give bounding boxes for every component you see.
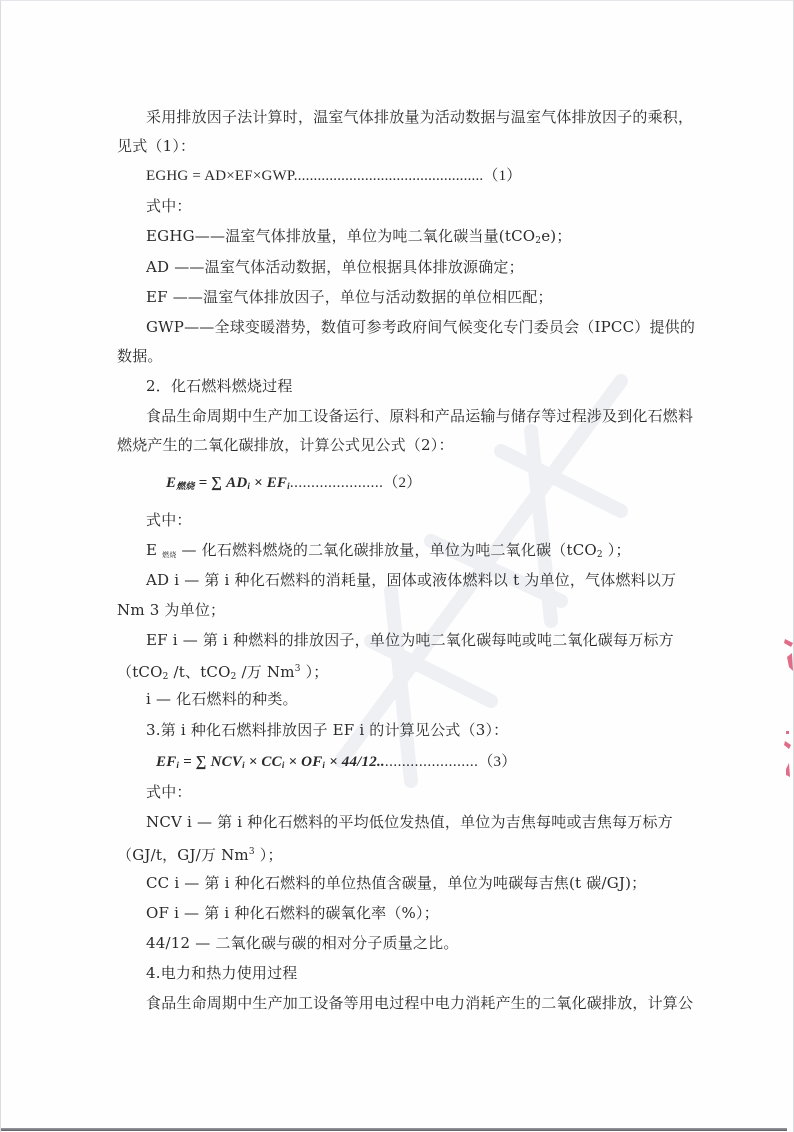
formula-3-number: （3） xyxy=(478,754,516,770)
unit-text: ）； xyxy=(301,663,329,681)
formula-1-number: （1） xyxy=(483,168,521,184)
formula-2: E燃烧 = ∑ ADi × EFi......................（… xyxy=(166,473,421,496)
formula-term: × CC xyxy=(245,754,282,770)
definition-i: i — 化石燃料的种类。 xyxy=(146,689,298,709)
definition-efi: EF i — 第 i 种燃料的排放因子，单位为吨二氧化碳每吨或吨二氧化碳每万标方 xyxy=(146,630,674,650)
paragraph-line: 食品生命周期中生产加工设备运行、原料和产品运输与储存等过程涉及到化石燃料 xyxy=(146,406,693,426)
definition-adi: AD i — 第 i 种化石燃料的消耗量，固体或液体燃料以 t 为单位，气体燃料… xyxy=(146,570,676,590)
where-label: 式中： xyxy=(146,782,192,802)
unit-text: （tCO xyxy=(117,663,163,681)
formula-2-leader: ...................... xyxy=(290,475,384,491)
definition-eghg: EGHG——温室气体排放量，单位为吨二氧化碳当量(tCO2e)； xyxy=(146,226,572,251)
formula-term: = ∑ AD xyxy=(195,475,248,491)
where-label: 式中： xyxy=(146,196,192,216)
paragraph-line: 采用排放因子法计算时，温室气体排放量为活动数据与温室气体排放因子的乘积， xyxy=(146,107,693,127)
definition-ad: AD ——温室气体活动数据，单位根据具体排放源确定； xyxy=(146,257,524,277)
paragraph-line: 食品生命周期中生产加工设备等用电过程中电力消耗产生的二氧化碳排放，计算公 xyxy=(146,993,693,1013)
paragraph-line: 见式（1）： xyxy=(117,136,195,156)
definition-44-12: 44/12 — 二氧化碳与碳的相对分子质量之比。 xyxy=(146,933,459,953)
definition-tail: e)； xyxy=(541,227,571,245)
document-page: 采用排放因子法计算时，温室气体排放量为活动数据与温室气体排放因子的乘积， 见式（… xyxy=(0,0,794,1132)
definition-e-combustion: E 燃烧 — 化石燃料燃烧的二氧化碳排放量，单位为吨二氧化碳（tCO2 ）； xyxy=(146,540,631,565)
formula-1-leader: ........................................… xyxy=(294,168,484,184)
definition-text: — 化石燃料燃烧的二氧化碳排放量，单位为吨二氧化碳（tCO xyxy=(177,541,597,559)
section-3-heading: 3.第 i 种化石燃料排放因子 EF i 的计算见公式（3）： xyxy=(146,720,508,740)
term: EGHG xyxy=(146,227,195,245)
definition-gwp: GWP——全球变暖潜势，数值可参考政府间气候变化专门委员会（IPCC）提供的 xyxy=(146,317,695,337)
definition-gwp-cont: 数据。 xyxy=(117,346,163,366)
definition-efi-cont: （tCO2 /t、tCO2 /万 Nm3 ）； xyxy=(117,659,329,687)
definition-ncv-cont: （GJ/t，GJ/万 Nm3 ）； xyxy=(117,842,283,865)
subscript: 燃烧 xyxy=(162,551,176,559)
formula-term: EF xyxy=(156,754,176,770)
unit-text: （GJ/t，GJ/万 Nm xyxy=(117,846,249,864)
definition-cc: CC i — 第 i 种化石燃料的单位热值含碳量，单位为吨碳每吉焦(t 碳/GJ… xyxy=(146,873,646,893)
page-bottom-edge xyxy=(1,1128,787,1131)
definition-tail: ）； xyxy=(603,541,631,559)
unit-text: /t、tCO xyxy=(169,663,231,681)
formula-term: × 44/12.. xyxy=(325,754,385,770)
formula-3-leader: ...................... xyxy=(385,754,479,770)
formula-2-number: （2） xyxy=(383,475,421,491)
formula-1-expression: EGHG = AD×EF×GWP xyxy=(146,168,294,184)
definition-adi-cont: Nm 3 为单位； xyxy=(117,600,225,620)
unit-text: ）； xyxy=(255,846,283,864)
term: E xyxy=(146,541,157,559)
definition-text: ——温室气体排放量，单位为吨二氧化碳当量(tCO xyxy=(195,227,535,245)
where-label: 式中： xyxy=(146,510,192,530)
definition-ncv: NCV i — 第 i 种化石燃料的平均低位发热值，单位为吉焦每吨或吉焦每万标方 xyxy=(146,812,673,832)
formula-term: = ∑ NCV xyxy=(179,754,242,770)
section-4-heading: 4.电力和热力使用过程 xyxy=(146,963,298,983)
paragraph-line: 燃烧产生的二氧化碳排放，计算公式见公式（2）： xyxy=(117,435,454,455)
formula-term: E xyxy=(166,475,176,491)
formula-3: EFi = ∑ NCVi × CCi × OFi × 44/12........… xyxy=(156,752,516,775)
definition-ef: EF ——温室气体排放因子，单位与活动数据的单位相匹配； xyxy=(146,287,553,307)
section-2-heading: 2．化石燃料燃烧过程 xyxy=(146,376,293,396)
subscript: 燃烧 xyxy=(176,481,194,491)
red-stamp-mark xyxy=(783,631,794,811)
definition-of: OF i — 第 i 种化石燃料的碳氧化率（%）； xyxy=(146,903,439,923)
formula-term: × OF xyxy=(285,754,323,770)
unit-text: /万 Nm xyxy=(237,663,295,681)
formula-1: EGHG = AD×EF×GWP........................… xyxy=(146,166,521,186)
formula-term: × EF xyxy=(250,475,287,491)
